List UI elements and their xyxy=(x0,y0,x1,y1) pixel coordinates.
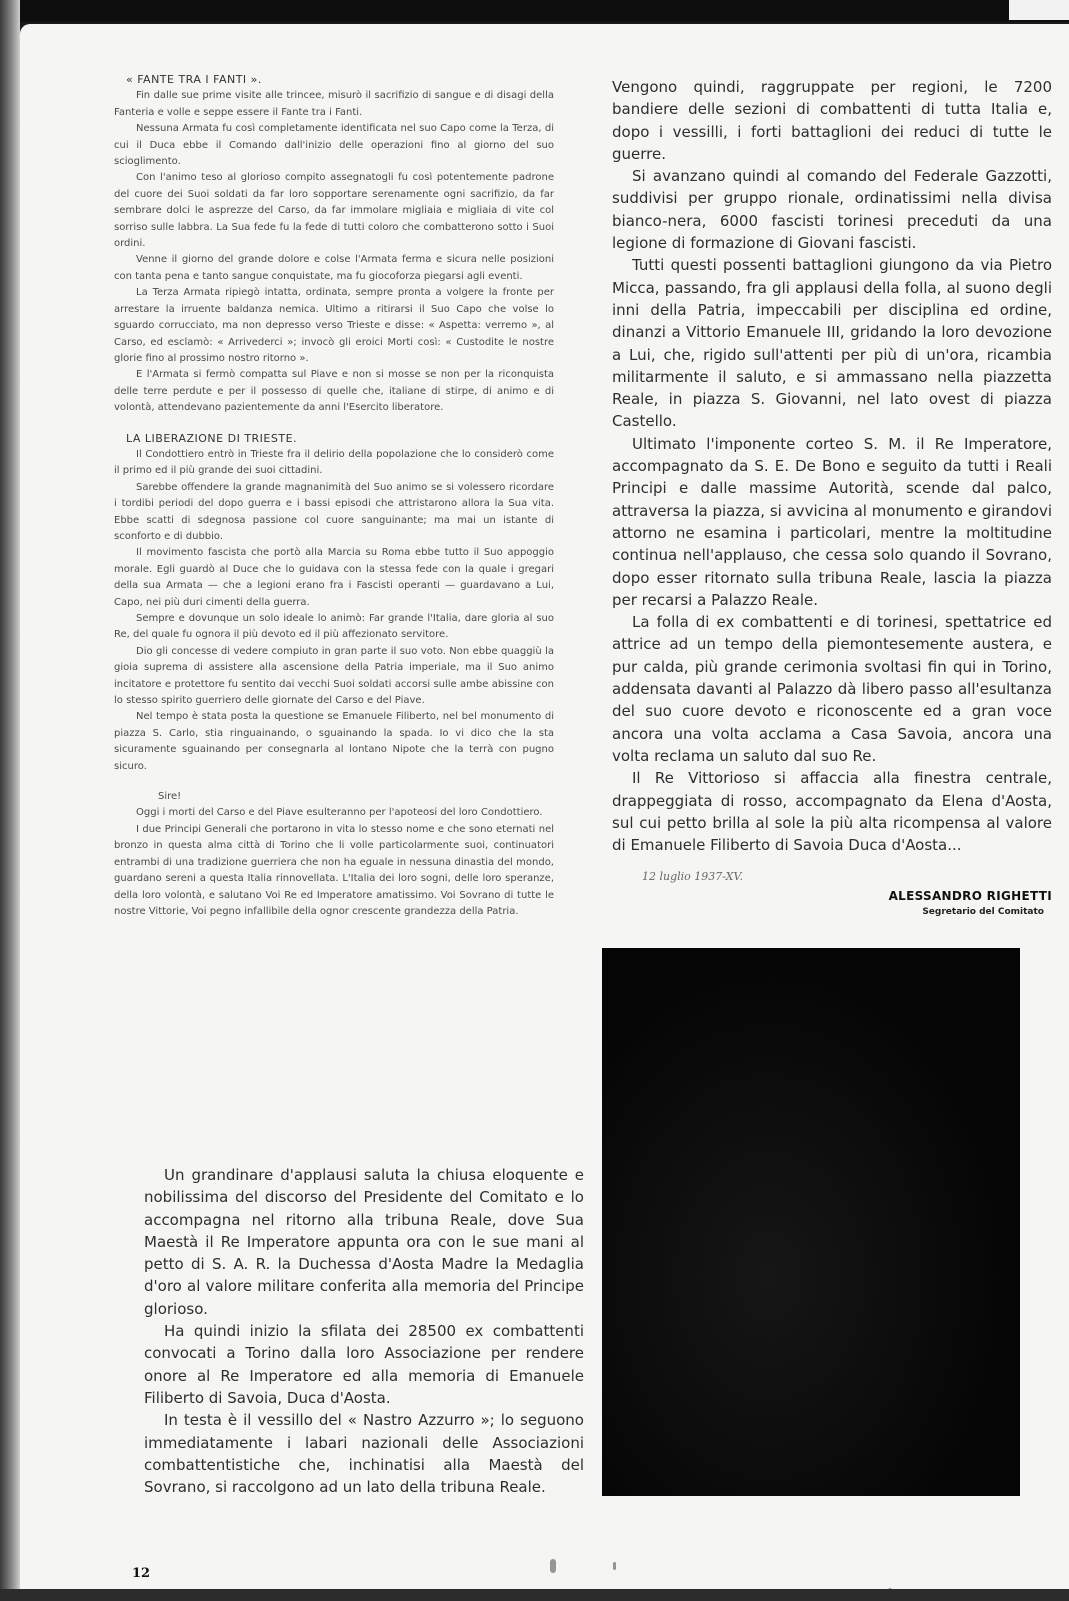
paragraph: Nessuna Armata fu così completamente ide… xyxy=(114,121,554,170)
salutation: Sire! xyxy=(114,789,554,805)
paragraph: Con l'animo teso al glorioso compito ass… xyxy=(114,170,554,252)
section-heading: « FANTE TRA I FANTI ». xyxy=(114,72,554,88)
paragraph: Fin dalle sue prime visite alle trincee,… xyxy=(114,88,554,121)
left-column-large-text: Un grandinare d'applausi saluta la chius… xyxy=(144,1164,584,1498)
paragraph: In testa è il vessillo del « Nastro Azzu… xyxy=(144,1409,584,1498)
paragraph: Tutti questi possenti battaglioni giungo… xyxy=(612,254,1052,432)
section-heading: LA LIBERAZIONE DI TRIESTE. xyxy=(114,431,554,447)
paragraph: Il Condottiero entrò in Trieste fra il d… xyxy=(114,447,554,480)
author-name: ALESSANDRO RIGHETTI xyxy=(612,889,1052,903)
document-page: « FANTE TRA I FANTI ».Fin dalle sue prim… xyxy=(20,24,1069,1589)
spacer xyxy=(114,417,554,431)
author-role: Segretario del Comitato xyxy=(612,907,1052,917)
scan-smudge xyxy=(613,1562,616,1570)
scan-top-border xyxy=(0,0,1069,22)
paragraph: Si avanzano quindi al comando del Federa… xyxy=(612,165,1052,254)
paragraph: Il Re Vittorioso si affaccia alla finest… xyxy=(612,767,1052,856)
scan-smudge xyxy=(550,1559,556,1573)
paragraph: Ultimato l'imponente corteo S. M. il Re … xyxy=(612,433,1052,611)
photograph xyxy=(602,948,1020,1496)
paragraph: Un grandinare d'applausi saluta la chius… xyxy=(144,1164,584,1320)
scan-left-border xyxy=(0,0,20,1601)
paragraph: Venne il giorno del grande dolore e cols… xyxy=(114,252,554,285)
paragraph: Sarebbe offendere la grande magnanimità … xyxy=(114,480,554,546)
paragraph: La folla di ex combattenti e di torinesi… xyxy=(612,611,1052,767)
dateline: 12 luglio 1937-XV. xyxy=(642,870,1052,883)
paragraph: Ha quindi inizio la sfilata dei 28500 ex… xyxy=(144,1320,584,1409)
paragraph: Vengono quindi, raggruppate per regioni,… xyxy=(612,76,1052,165)
scan-edge-tab xyxy=(1009,0,1069,20)
paragraph: Nel tempo è stata posta la questione se … xyxy=(114,709,554,775)
paragraph: Dio gli concesse di vedere compiuto in g… xyxy=(114,644,554,710)
scan-bottom-border xyxy=(0,1589,1069,1601)
paragraph: Sempre e dovunque un solo ideale lo anim… xyxy=(114,611,554,644)
paragraph: E l'Armata si fermò compatta sul Piave e… xyxy=(114,367,554,416)
paragraph: I due Principi Generali che portarono in… xyxy=(114,822,554,920)
paragraph: Il movimento fascista che portò alla Mar… xyxy=(114,545,554,611)
paragraph: Oggi i morti del Carso e del Piave esult… xyxy=(114,805,554,821)
left-column-small-text: « FANTE TRA I FANTI ».Fin dalle sue prim… xyxy=(114,72,554,920)
right-column: Vengono quindi, raggruppate per regioni,… xyxy=(612,76,1052,917)
paragraph: La Terza Armata ripiegò intatta, ordinat… xyxy=(114,285,554,367)
page-number: 12 xyxy=(132,1566,150,1581)
